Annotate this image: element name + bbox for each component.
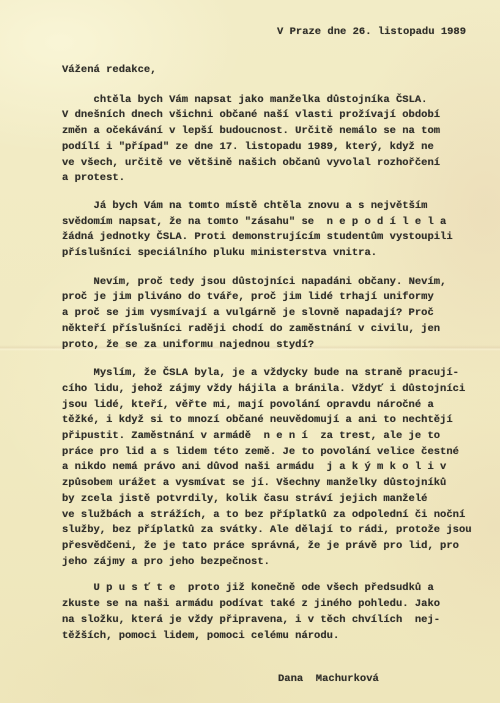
paragraph: Nevím, proč tedy jsou důstojníci napadán… [62,275,476,354]
paragraph: chtěla bych Vám napsat jako manželka důs… [62,93,476,187]
dateline: V Praze dne 26. listopadu 1989 [277,26,466,38]
paragraph: U p u s ť t e proto již konečně ode všec… [62,581,476,644]
salutation: Vážená redakce, [62,63,476,79]
paragraph: Já bych Vám na tomto místě chtěla znovu … [62,199,476,262]
letter-body: Vážená redakce, chtěla bych Vám napsat j… [62,63,476,688]
letter-sheet: V Praze dne 26. listopadu 1989 Vážená re… [0,0,500,703]
signature: Dana Machurková [278,672,476,688]
paragraph: Myslím, že ČSLA byla, je a vždycky bude … [62,366,476,570]
